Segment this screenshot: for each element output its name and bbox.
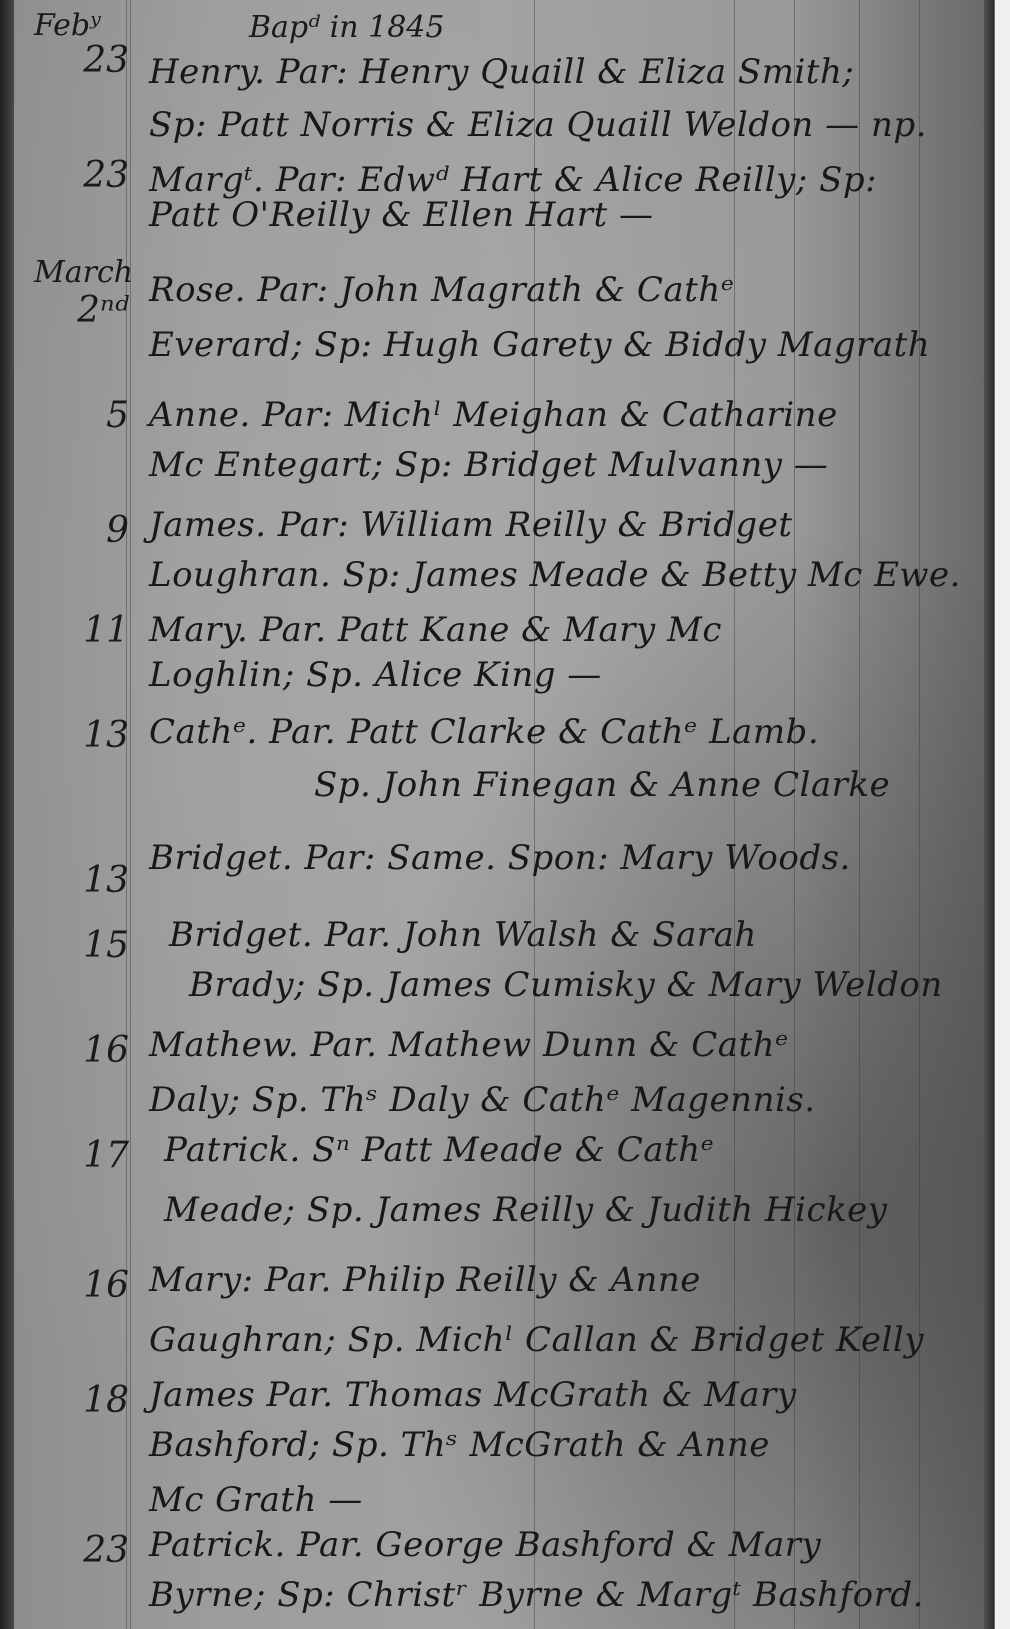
entry-day: 13 (14, 715, 129, 756)
entry-day: 23 (14, 1530, 129, 1571)
entry-day: 15 (14, 925, 129, 966)
entry-line: Byrne; Sp: Christʳ Byrne & Margᵗ Bashfor… (149, 1575, 924, 1615)
page-heading: Bapᵈ in 1845 (249, 10, 444, 45)
entry-day: 5 (14, 395, 129, 436)
entry-line: Loughran. Sp: James Meade & Betty Mc Ewe… (149, 555, 961, 595)
entry-line: Bridget. Par. John Walsh & Sarah (169, 915, 757, 955)
entry-line: Sp: Patt Norris & Eliza Quaill Weldon — … (149, 105, 927, 145)
book-binding-right (984, 0, 1010, 1629)
book-binding-left (0, 0, 14, 1629)
entry-day: 9 (14, 510, 129, 551)
entry-line: Meade; Sp. James Reilly & Judith Hickey (164, 1190, 888, 1230)
entry-line: Anne. Par: Michˡ Meighan & Catharine (149, 395, 838, 435)
entry-day: 18 (14, 1380, 129, 1421)
entry-day: 17 (14, 1135, 129, 1176)
entry-line: Loghlin; Sp. Alice King — (149, 655, 602, 695)
entry-day: 16 (14, 1030, 129, 1071)
entry-line: Margᵗ. Par: Edwᵈ Hart & Alice Reilly; Sp… (149, 160, 877, 200)
entry-line: Cathᵉ. Par. Patt Clarke & Cathᵉ Lamb. (149, 712, 819, 752)
entry-day: 13 (14, 860, 129, 901)
entry-line: Patrick. Sⁿ Patt Meade & Cathᵉ (164, 1130, 714, 1170)
entry-line: Patt O'Reilly & Ellen Hart — (149, 195, 653, 235)
entry-line: Everard; Sp: Hugh Garety & Biddy Magrath (149, 325, 930, 365)
entry-day: 16 (14, 1265, 129, 1306)
entry-line: James Par. Thomas McGrath & Mary (149, 1375, 797, 1415)
entry-line: Mary: Par. Philip Reilly & Anne (149, 1260, 701, 1300)
entry-line: Patrick. Par. George Bashford & Mary (149, 1525, 821, 1565)
entry-line: Bashford; Sp. Thˢ McGrath & Anne (149, 1425, 770, 1465)
entry-month: March (34, 255, 133, 290)
entry-day: 23 (14, 40, 129, 81)
entry-line: Daly; Sp. Thˢ Daly & Cathᵉ Magennis. (149, 1080, 816, 1120)
entry-line: Mathew. Par. Mathew Dunn & Cathᵉ (149, 1025, 789, 1065)
entry-month: Febʸ (34, 8, 101, 43)
entry-line: Henry. Par: Henry Quaill & Eliza Smith; (149, 52, 854, 92)
entry-line: Rose. Par: John Magrath & Cathᵉ (149, 270, 734, 310)
register-page: Bapᵈ in 1845 Febʸ 23 Henry. Par: Henry Q… (14, 0, 984, 1629)
entry-line: James. Par: William Reilly & Bridget (149, 505, 792, 545)
entry-line: Mary. Par. Patt Kane & Mary Mc (149, 610, 722, 650)
baptism-entries: Bapᵈ in 1845 Febʸ 23 Henry. Par: Henry Q… (14, 0, 984, 1629)
entry-day: 23 (14, 155, 129, 196)
entry-line: Mc Grath — (149, 1480, 363, 1520)
entry-line: Bridget. Par: Same. Spon: Mary Woods. (149, 838, 851, 878)
entry-day: 2ⁿᵈ (14, 290, 129, 331)
entry-day: 11 (14, 610, 129, 651)
entry-line: Mc Entegart; Sp: Bridget Mulvanny — (149, 445, 828, 485)
entry-line: Sp. John Finegan & Anne Clarke (314, 765, 890, 805)
entry-line: Gaughran; Sp. Michˡ Callan & Bridget Kel… (149, 1320, 924, 1360)
entry-line: Brady; Sp. James Cumisky & Mary Weldon (189, 965, 943, 1005)
